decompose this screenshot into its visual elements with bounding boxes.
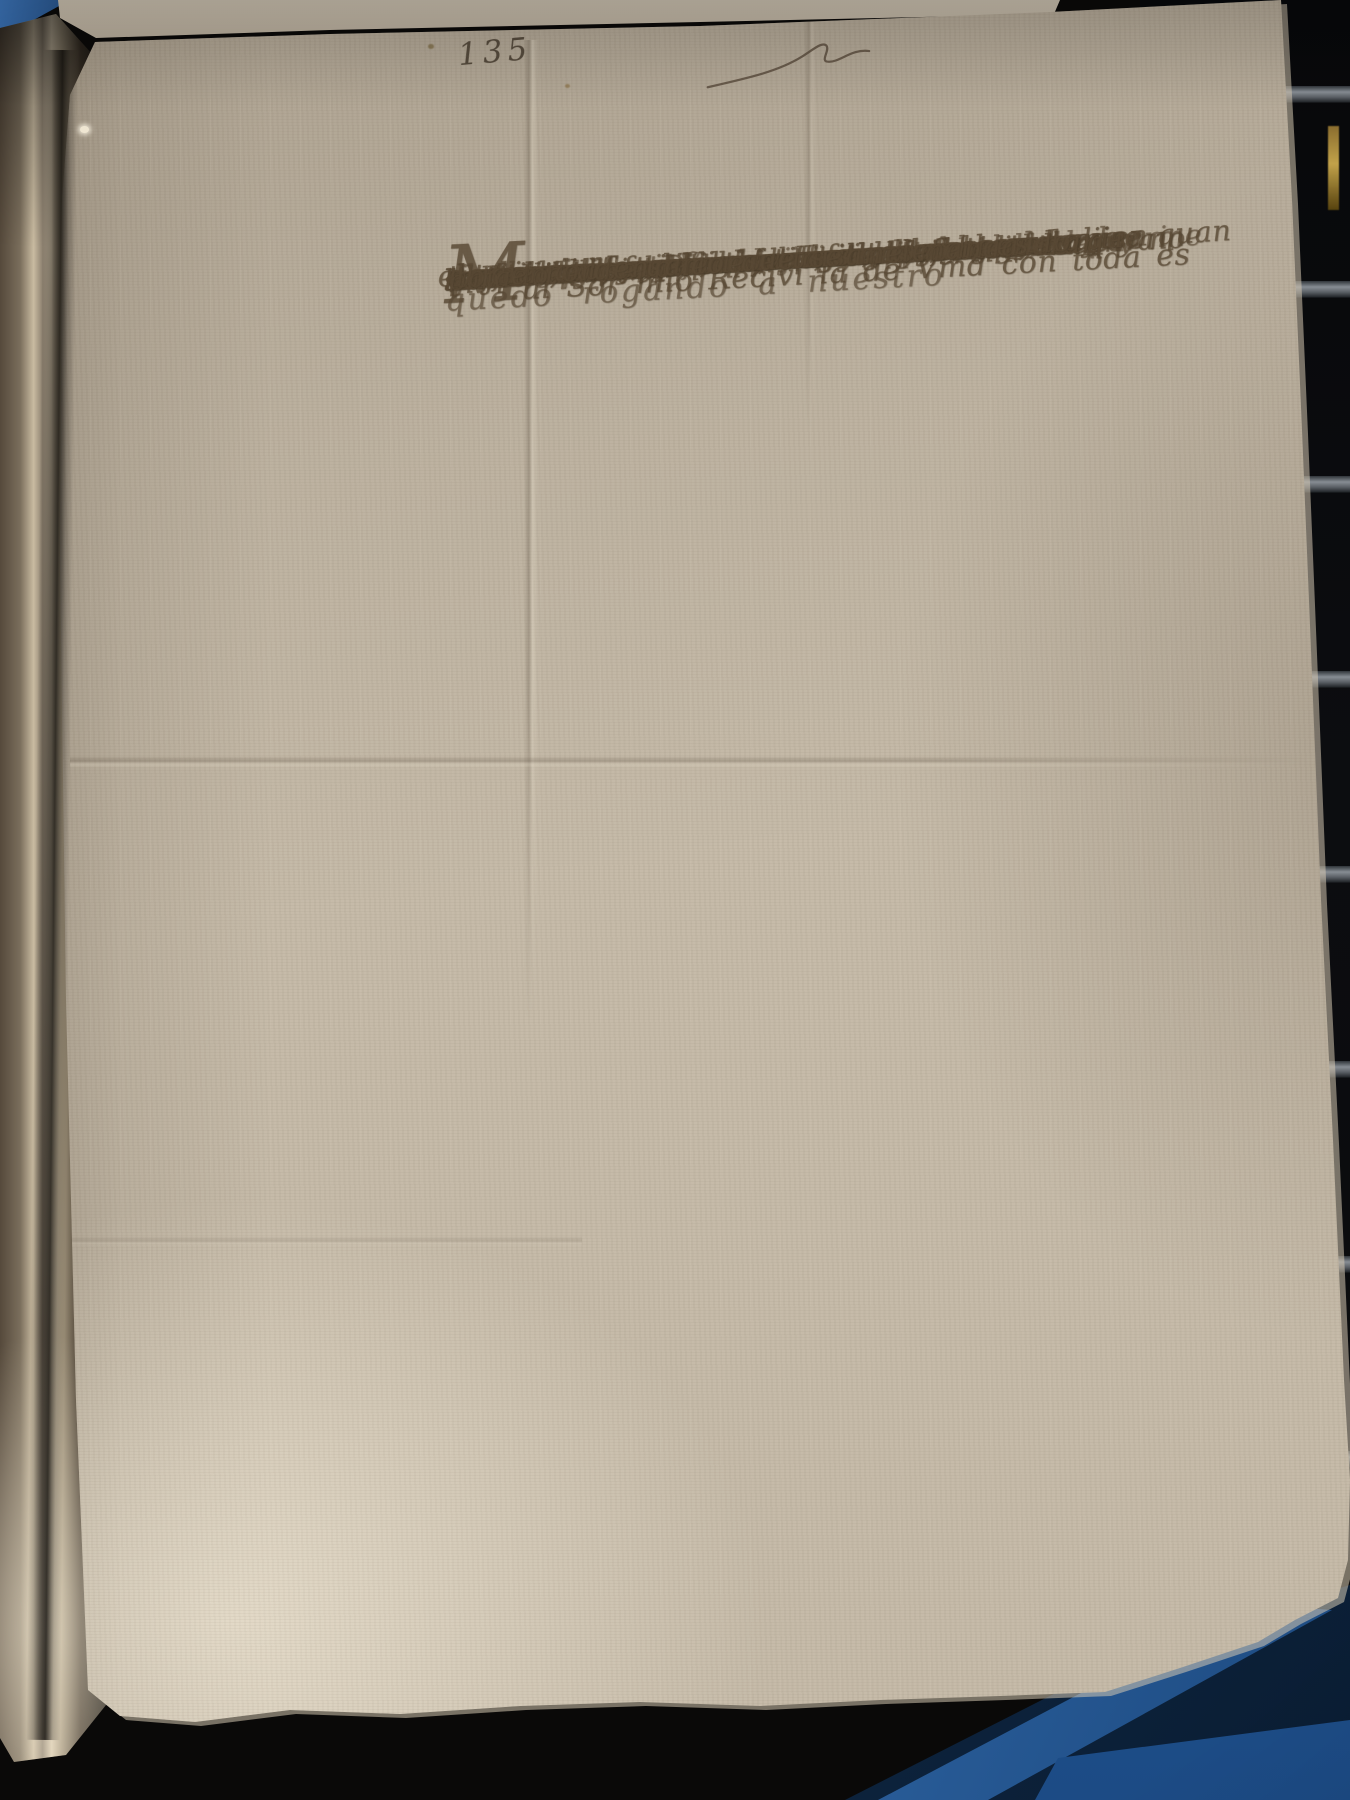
manuscript-photo-scene: 135 Mui Sor mio Recivi la de Vmd con tod… bbox=[0, 0, 1350, 1800]
ink-speck bbox=[428, 44, 434, 49]
manuscript-page: 135 Mui Sor mio Recivi la de Vmd con tod… bbox=[0, 0, 1350, 1800]
page-number: 135 bbox=[457, 31, 534, 73]
grate-glint bbox=[1328, 126, 1339, 210]
paper-highlight-speck bbox=[80, 126, 89, 133]
ink-speck bbox=[565, 84, 570, 88]
